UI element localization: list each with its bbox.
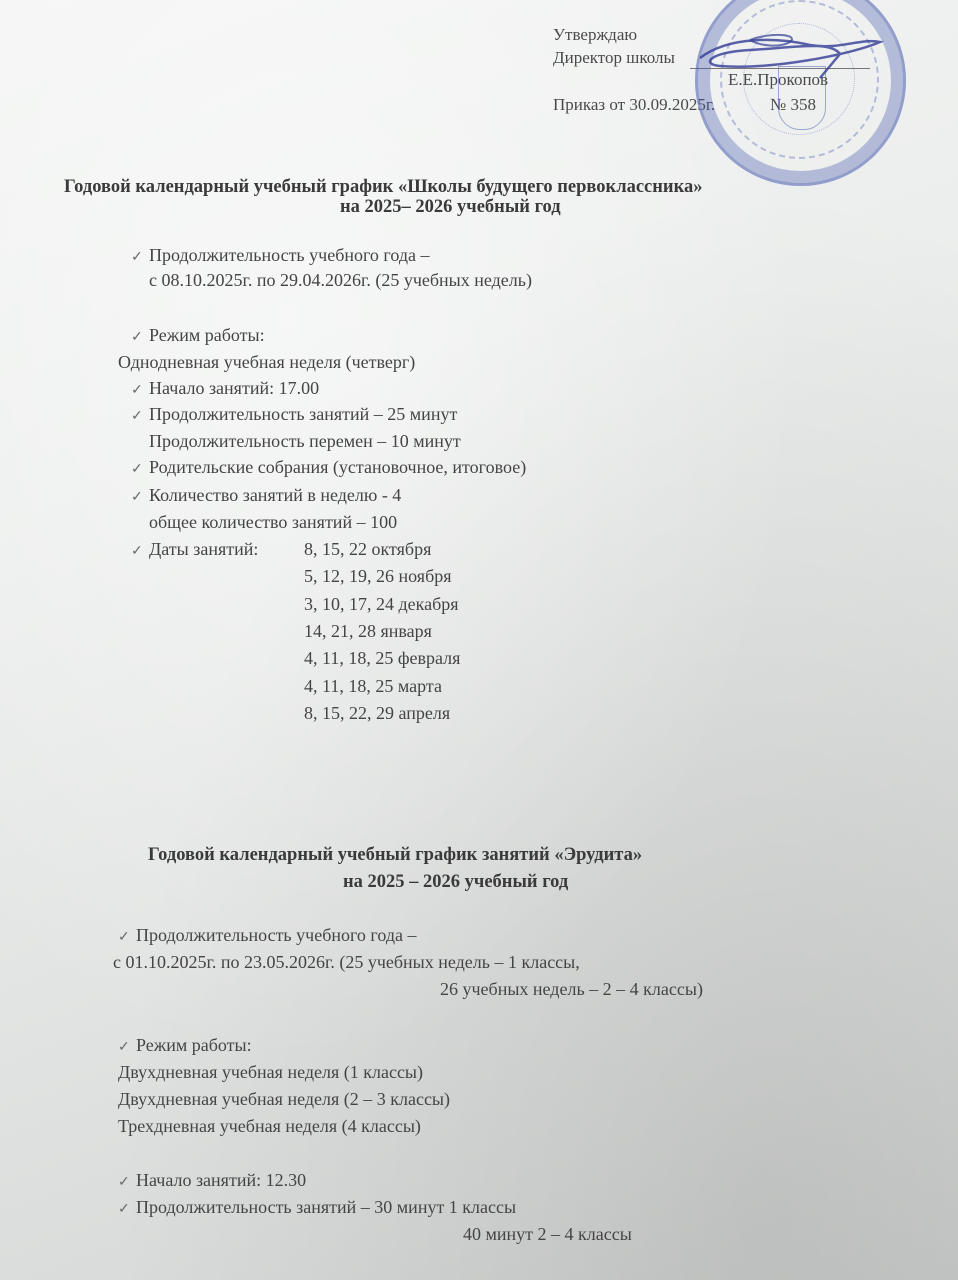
s1-per-week: ✓Количество занятий в неделю - 4 bbox=[131, 485, 401, 506]
s1-total: общее количество занятий – 100 bbox=[149, 512, 397, 533]
check-icon: ✓ bbox=[118, 929, 132, 946]
s2-mode-label: ✓Режим работы: bbox=[118, 1035, 252, 1056]
lesson-dates-month: 4, 11, 18, 25 марта bbox=[304, 676, 442, 697]
s1-mode-label: ✓Режим работы: bbox=[131, 325, 265, 346]
approval-order: Приказ от 30.09.2025г. bbox=[553, 94, 715, 115]
s2-duration-value2: 26 учебных недель – 2 – 4 классы) bbox=[440, 979, 703, 1000]
s2-duration-value1: с 01.10.2025г. по 23.05.2026г. (25 учебн… bbox=[113, 952, 580, 973]
check-icon: ✓ bbox=[131, 408, 145, 425]
s1-dates-label: ✓Даты занятий: bbox=[131, 539, 258, 560]
approval-position: Директор школы bbox=[553, 47, 675, 68]
approval-label: Утверждаю bbox=[553, 24, 637, 45]
s1-break-duration: Продолжительность перемен – 10 минут bbox=[149, 431, 461, 452]
s2-lesson-duration1: ✓Продолжительность занятий – 30 минут 1 … bbox=[118, 1197, 516, 1218]
s2-mode-value-2: Двухдневная учебная неделя (2 – 3 классы… bbox=[118, 1089, 450, 1110]
check-icon: ✓ bbox=[131, 543, 145, 560]
check-icon: ✓ bbox=[131, 329, 145, 346]
s1-duration-label: ✓Продолжительность учебного года – bbox=[131, 245, 429, 266]
s1-start: ✓Начало занятий: 17.00 bbox=[131, 378, 319, 399]
lesson-dates-month: 8, 15, 22, 29 апреля bbox=[304, 703, 450, 724]
lesson-dates-month: 14, 21, 28 января bbox=[304, 621, 432, 642]
s2-lesson-duration2: 40 минут 2 – 4 классы bbox=[463, 1224, 632, 1245]
check-icon: ✓ bbox=[118, 1201, 132, 1218]
check-icon: ✓ bbox=[131, 489, 145, 506]
check-icon: ✓ bbox=[131, 461, 145, 478]
section2-subtitle: на 2025 – 2026 учебный год bbox=[343, 872, 568, 893]
lesson-dates-month: 8, 15, 22 октября bbox=[304, 539, 431, 560]
lesson-dates-month: 4, 11, 18, 25 февраля bbox=[304, 648, 460, 669]
check-icon: ✓ bbox=[118, 1039, 132, 1056]
s1-duration-value: с 08.10.2025г. по 29.04.2026г. (25 учебн… bbox=[149, 270, 532, 291]
check-icon: ✓ bbox=[118, 1174, 132, 1191]
check-icon: ✓ bbox=[131, 249, 145, 266]
lesson-dates-month: 5, 12, 19, 26 ноября bbox=[304, 566, 452, 587]
section1-subtitle: на 2025– 2026 учебный год bbox=[340, 197, 561, 218]
s2-mode-value-3: Трехдневная учебная неделя (4 классы) bbox=[118, 1116, 421, 1137]
check-icon: ✓ bbox=[131, 382, 145, 399]
lesson-dates-month: 3, 10, 17, 24 декабря bbox=[304, 594, 459, 615]
s1-lesson-duration: ✓Продолжительность занятий – 25 минут bbox=[131, 404, 457, 425]
official-stamp-icon bbox=[695, 0, 906, 186]
s1-mode-value: Однодневная учебная неделя (четверг) bbox=[118, 352, 415, 373]
s2-start: ✓Начало занятий: 12.30 bbox=[118, 1170, 306, 1191]
signature-icon bbox=[690, 30, 890, 80]
section1-title: Годовой календарный учебный график «Школ… bbox=[64, 177, 702, 198]
s2-mode-value-1: Двухдневная учебная неделя (1 классы) bbox=[118, 1062, 423, 1083]
section2-title: Годовой календарный учебный график занят… bbox=[148, 845, 642, 866]
s2-duration-label: ✓Продолжительность учебного года – bbox=[118, 925, 416, 946]
s1-meetings: ✓Родительские собрания (установочное, ит… bbox=[131, 457, 526, 478]
